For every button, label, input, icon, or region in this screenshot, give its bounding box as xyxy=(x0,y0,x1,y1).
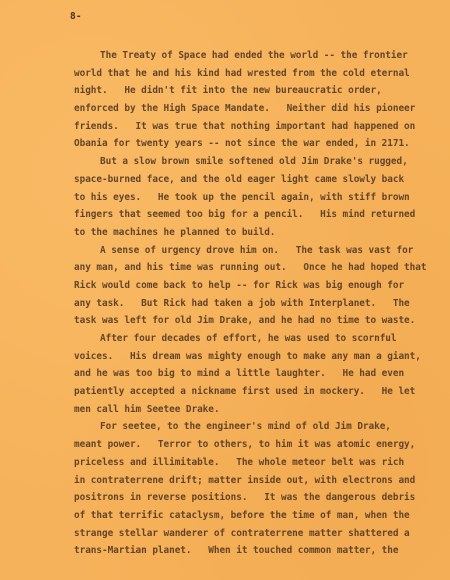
text-line: After four decades of effort, he was use… xyxy=(74,330,414,348)
text-line: to his eyes. He took up the pencil again… xyxy=(74,189,414,207)
text-line: to the machines he planned to build. xyxy=(74,224,414,242)
text-line: men call him Seetee Drake. xyxy=(74,401,414,419)
text-line: of that terrific cataclysm, before the t… xyxy=(74,507,414,525)
text-line: Rick would come back to help -- for Rick… xyxy=(74,277,414,295)
text-line: fingers that seemed too big for a pencil… xyxy=(74,206,414,224)
text-line: space-burned face, and the old eager lig… xyxy=(74,171,414,189)
text-line: any task. But Rick had taken a job with … xyxy=(74,295,414,313)
text-line: trans-Martian planet. When it touched co… xyxy=(74,542,414,560)
text-line: and he was too big to mind a little laug… xyxy=(74,365,414,383)
text-line: Obania for twenty years -- not since the… xyxy=(74,135,414,153)
text-line: in contraterrene drift; matter inside ou… xyxy=(74,472,414,490)
text-line: meant power. Terror to others, to him it… xyxy=(74,436,414,454)
text-line: The Treaty of Space had ended the world … xyxy=(74,47,414,65)
text-line: voices. His dream was mighty enough to m… xyxy=(74,348,414,366)
page-number: 8- xyxy=(70,11,82,22)
text-line: A sense of urgency drove him on. The tas… xyxy=(74,242,414,260)
text-line: strange stellar wanderer of contraterren… xyxy=(74,525,414,543)
text-line: night. He didn't fit into the new bureau… xyxy=(74,82,414,100)
text-line: positrons in reverse positions. It was t… xyxy=(74,489,414,507)
text-line: enforced by the High Space Mandate. Neit… xyxy=(74,100,414,118)
text-line: For seetee, to the engineer's mind of ol… xyxy=(74,418,414,436)
text-line: But a slow brown smile softened old Jim … xyxy=(74,153,414,171)
text-line: task was left for old Jim Drake, and he … xyxy=(74,312,414,330)
body-text: The Treaty of Space had ended the world … xyxy=(74,47,414,560)
text-line: friends. It was true that nothing import… xyxy=(74,118,414,136)
text-line: world that he and his kind had wrested f… xyxy=(74,65,414,83)
text-line: patiently accepted a nickname first used… xyxy=(74,383,414,401)
text-line: any man, and his time was running out. O… xyxy=(74,259,414,277)
text-line: priceless and illimitable. The whole met… xyxy=(74,454,414,472)
